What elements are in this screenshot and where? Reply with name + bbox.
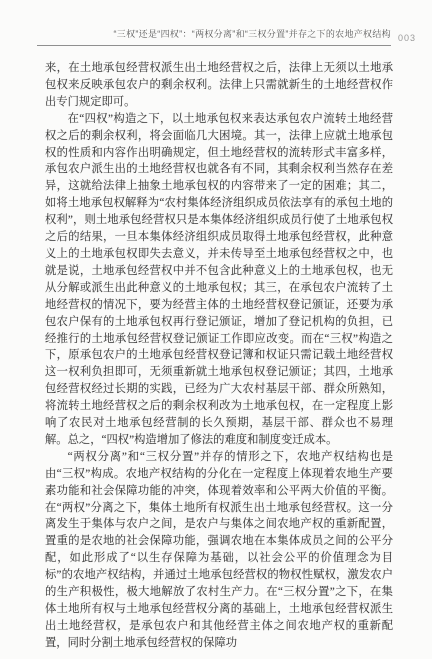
paragraph-continuation: 来，在土地承包经营权派生出土地经营权之后，法律上无须以土地承包权来反映承包农户的… — [45, 60, 393, 111]
body-text: 来，在土地承包经营权派生出土地经营权之后，法律上无须以土地承包权来反映承包农户的… — [45, 60, 393, 652]
paragraph-four-rights-critique: 在“四权”构造之下，以土地承包权来表达承包农户流转土地经营权之后的剩余权利，将会… — [45, 111, 393, 449]
document-page: “三权”还是“四权”：“两权分离”和“三权分置”并存之下的农地产权结构 003 … — [0, 0, 432, 659]
paragraph-three-rights-structure: “两权分离”和“三权分置”并存的情形之下，农地产权结构也是由“三权”构成。农地产… — [45, 449, 393, 652]
running-header: “三权”还是“四权”：“两权分离”和“三权分置”并存之下的农地产权结构 003 — [37, 24, 416, 46]
page-number: 003 — [398, 33, 416, 46]
header-title: “三权”还是“四权”：“两权分离”和“三权分置”并存之下的农地产权结构 — [113, 29, 390, 39]
header-rule: “三权”还是“四权”：“两权分离”和“三权分置”并存之下的农地产权结构 — [37, 24, 391, 46]
